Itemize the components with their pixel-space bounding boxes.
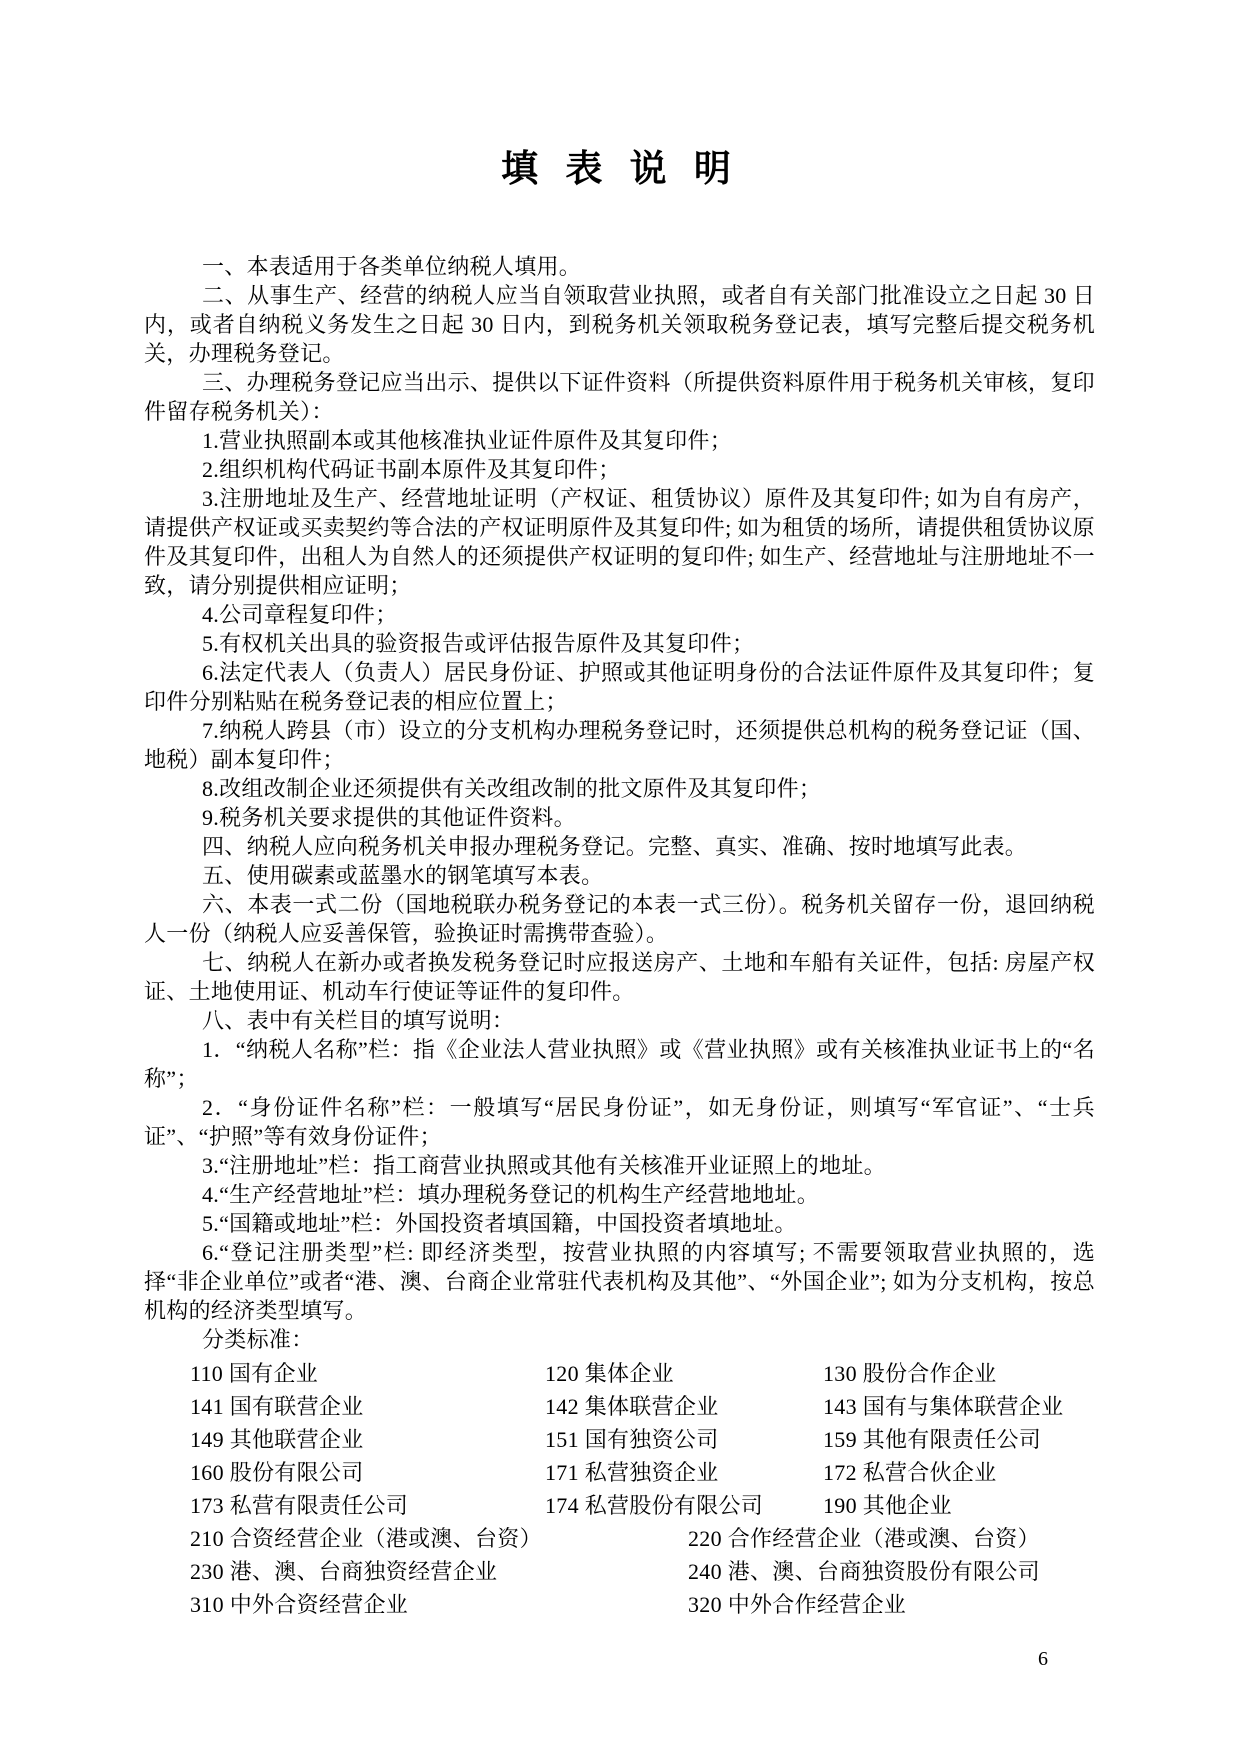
classification-row: 310 中外合资经营企业 320 中外合作经营企业 <box>144 1588 1095 1621</box>
classification-row: 160 股份有限公司 171 私营独资企业 172 私营合伙企业 <box>144 1456 1095 1489</box>
page-number: 6 <box>1038 1648 1048 1671</box>
paragraph-3-item-9: 9.税务机关要求提供的其他证件资料。 <box>144 803 1095 832</box>
classification-row: 210 合资经营企业（港或澳、台资） 220 合作经营企业（港或澳、台资） <box>144 1522 1095 1555</box>
classification-cell: 320 中外合作经营企业 <box>688 1588 906 1621</box>
classification-cell: 143 国有与集体联营企业 <box>823 1390 1063 1423</box>
paragraph-8-item-1: 1．“纳税人名称”栏：指《企业法人营业执照》或《营业执照》或有关核准执业证书上的… <box>144 1035 1095 1093</box>
classification-cell: 230 港、澳、台商独资经营企业 <box>190 1555 688 1588</box>
classification-cell: 151 国有独资公司 <box>545 1423 823 1456</box>
paragraph-6: 六、本表一式二份（国地税联办税务登记的本表一式三份）。税务机关留存一份，退回纳税… <box>144 890 1095 948</box>
paragraph-3-item-3: 3.注册地址及生产、经营地址证明（产权证、租赁协议）原件及其复印件; 如为自有房… <box>144 484 1095 600</box>
paragraph-8-item-3: 3.“注册地址”栏：指工商营业执照或其他有关核准开业证照上的地址。 <box>144 1151 1095 1180</box>
document-page: 填 表 说 明 一、本表适用于各类单位纳税人填用。 二、从事生产、经营的纳税人应… <box>0 0 1241 1754</box>
classification-cell: 210 合资经营企业（港或澳、台资） <box>190 1522 688 1555</box>
classification-row: 149 其他联营企业 151 国有独资公司 159 其他有限责任公司 <box>144 1423 1095 1456</box>
paragraph-3: 三、办理税务登记应当出示、提供以下证件资料（所提供资料原件用于税务机关审核，复印… <box>144 368 1095 426</box>
classification-cell: 141 国有联营企业 <box>190 1390 545 1423</box>
page-title: 填 表 说 明 <box>0 138 1241 192</box>
classification-row: 110 国有企业 120 集体企业 130 股份合作企业 <box>144 1357 1095 1390</box>
classification-cell: 190 其他企业 <box>823 1489 952 1522</box>
classification-cell: 149 其他联营企业 <box>190 1423 545 1456</box>
document-body: 一、本表适用于各类单位纳税人填用。 二、从事生产、经营的纳税人应当自领取营业执照… <box>144 252 1095 1621</box>
classification-cell: 120 集体企业 <box>545 1357 823 1390</box>
classification-cell: 130 股份合作企业 <box>823 1357 997 1390</box>
classification-row: 230 港、澳、台商独资经营企业 240 港、澳、台商独资股份有限公司 <box>144 1555 1095 1588</box>
paragraph-8-item-2: 2．“身份证件名称”栏：一般填写“居民身份证”，如无身份证，则填写“军官证”、“… <box>144 1093 1095 1151</box>
classification-cell: 160 股份有限公司 <box>190 1456 545 1489</box>
paragraph-5: 五、使用碳素或蓝墨水的钢笔填写本表。 <box>144 861 1095 890</box>
classification-cell: 110 国有企业 <box>190 1357 545 1390</box>
paragraph-8-item-5: 5.“国籍或地址”栏：外国投资者填国籍，中国投资者填地址。 <box>144 1209 1095 1238</box>
paragraph-1: 一、本表适用于各类单位纳税人填用。 <box>144 252 1095 281</box>
classification-cell: 142 集体联营企业 <box>545 1390 823 1423</box>
paragraph-3-item-8: 8.改组改制企业还须提供有关改组改制的批文原件及其复印件； <box>144 774 1095 803</box>
paragraph-3-item-1: 1.营业执照副本或其他核准执业证件原件及其复印件； <box>144 426 1095 455</box>
paragraph-8-item-4: 4.“生产经营地址”栏：填办理税务登记的机构生产经营地地址。 <box>144 1180 1095 1209</box>
paragraph-8-item-6: 6.“登记注册类型”栏: 即经济类型，按营业执照的内容填写; 不需要领取营业执照… <box>144 1238 1095 1325</box>
paragraph-3-item-4: 4.公司章程复印件； <box>144 600 1095 629</box>
classification-cell: 173 私营有限责任公司 <box>190 1489 545 1522</box>
classification-cell: 159 其他有限责任公司 <box>823 1423 1041 1456</box>
classification-table: 110 国有企业 120 集体企业 130 股份合作企业 141 国有联营企业 … <box>144 1357 1095 1621</box>
classification-cell: 220 合作经营企业（港或澳、台资） <box>688 1522 1040 1555</box>
classification-row: 173 私营有限责任公司 174 私营股份有限公司 190 其他企业 <box>144 1489 1095 1522</box>
classification-cell: 172 私营合伙企业 <box>823 1456 997 1489</box>
paragraph-3-item-2: 2.组织机构代码证书副本原件及其复印件； <box>144 455 1095 484</box>
paragraph-3-item-5: 5.有权机关出具的验资报告或评估报告原件及其复印件； <box>144 629 1095 658</box>
classification-row: 141 国有联营企业 142 集体联营企业 143 国有与集体联营企业 <box>144 1390 1095 1423</box>
classification-heading: 分类标准： <box>144 1325 1095 1354</box>
classification-cell: 171 私营独资企业 <box>545 1456 823 1489</box>
classification-cell: 240 港、澳、台商独资股份有限公司 <box>688 1555 1040 1588</box>
classification-cell: 174 私营股份有限公司 <box>545 1489 823 1522</box>
classification-cell: 310 中外合资经营企业 <box>190 1588 688 1621</box>
paragraph-2: 二、从事生产、经营的纳税人应当自领取营业执照，或者自有关部门批准设立之日起 30… <box>144 281 1095 368</box>
paragraph-3-item-7: 7.纳税人跨县（市）设立的分支机构办理税务登记时，还须提供总机构的税务登记证（国… <box>144 716 1095 774</box>
paragraph-4: 四、纳税人应向税务机关申报办理税务登记。完整、真实、准确、按时地填写此表。 <box>144 832 1095 861</box>
paragraph-7: 七、纳税人在新办或者换发税务登记时应报送房产、土地和车船有关证件，包括: 房屋产… <box>144 948 1095 1006</box>
paragraph-3-item-6: 6.法定代表人（负责人）居民身份证、护照或其他证明身份的合法证件原件及其复印件；… <box>144 658 1095 716</box>
paragraph-8: 八、表中有关栏目的填写说明： <box>144 1006 1095 1035</box>
